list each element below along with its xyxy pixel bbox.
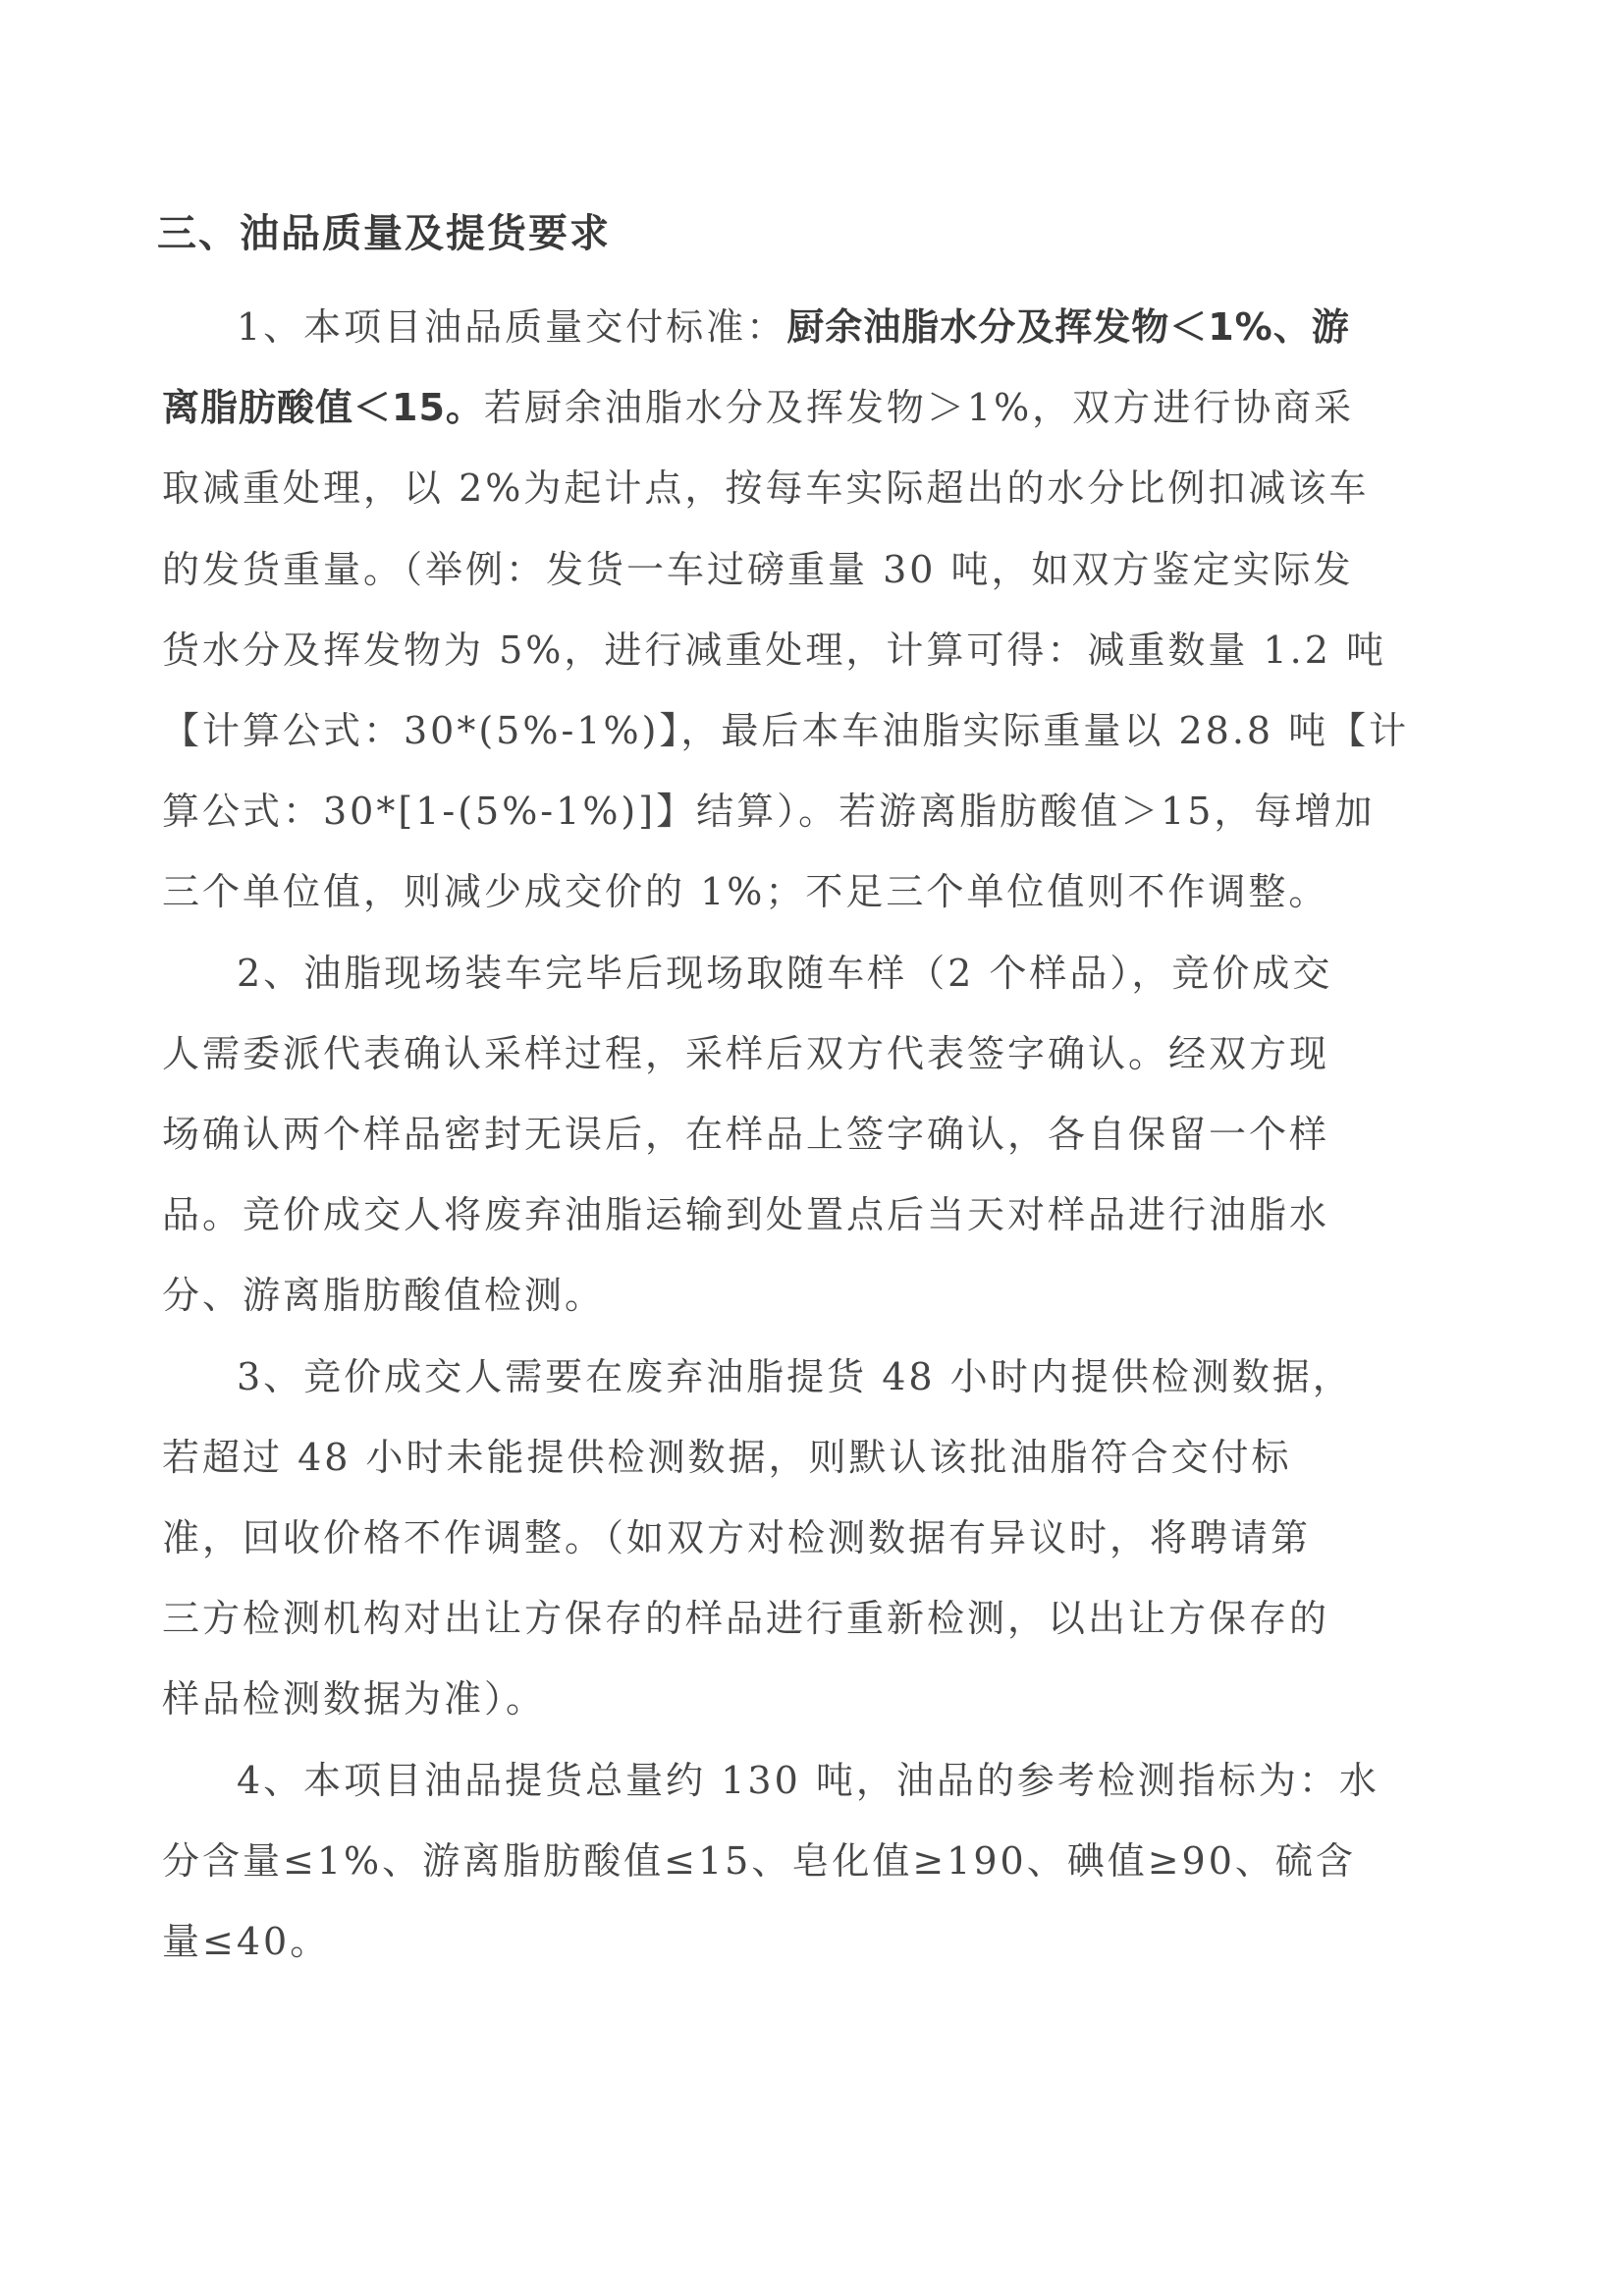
text-line: 三方检测机构对出让方保存的样品进行重新检测，以出让方保存的: [162, 1578, 1463, 1659]
text-line: 的发货重量。（举例：发货一车过磅重量 30 吨，如双方鉴定实际发: [162, 529, 1463, 610]
text-line: 量≤40。: [162, 1901, 1463, 1982]
paragraph-1: 1、本项目油品质量交付标准：厨余油脂水分及挥发物＜1%、游 离脂肪酸值＜15。若…: [162, 287, 1463, 933]
text-line: 取减重处理，以 2%为起计点，按每车实际超出的水分比例扣减该车: [162, 448, 1463, 528]
document-page: 三、油品质量及提货要求 1、本项目油品质量交付标准：厨余油脂水分及挥发物＜1%、…: [0, 0, 1623, 2296]
text-line: 货水分及挥发物为 5%，进行减重处理，计算可得：减重数量 1.2 吨: [162, 610, 1463, 690]
text-line: 若超过 48 小时未能提供检测数据，则默认该批油脂符合交付标: [162, 1417, 1463, 1498]
document-body: 1、本项目油品质量交付标准：厨余油脂水分及挥发物＜1%、游 离脂肪酸值＜15。若…: [162, 287, 1463, 1982]
bold-standard-text: 离脂肪酸值＜15。: [162, 386, 484, 429]
text-line: 分含量≤1%、游离脂肪酸值≤15、皂化值≥190、碘值≥90、硫含: [162, 1821, 1463, 1901]
text-line: 品。竞价成交人将废弃油脂运输到处置点后当天对样品进行油脂水: [162, 1175, 1463, 1255]
text-run: 1、本项目油品质量交付标准：: [237, 305, 786, 349]
text-run: 若厨余油脂水分及挥发物＞1%，双方进行协商采: [484, 386, 1354, 429]
text-line: 1、本项目油品质量交付标准：厨余油脂水分及挥发物＜1%、游: [162, 287, 1463, 367]
text-line: 算公式：30*[1-(5%-1%)]】结算）。若游离脂肪酸值＞15，每增加: [162, 771, 1463, 851]
text-line: 2、油脂现场装车完毕后现场取随车样（2 个样品），竞价成交: [162, 933, 1463, 1013]
text-line: 【计算公式：30*(5%-1%)】，最后本车油脂实际重量以 28.8 吨【计: [162, 690, 1463, 771]
paragraph-2: 2、油脂现场装车完毕后现场取随车样（2 个样品），竞价成交 人需委派代表确认采样…: [162, 933, 1463, 1337]
text-line: 样品检测数据为准）。: [162, 1659, 1463, 1739]
text-line: 分、游离脂肪酸值检测。: [162, 1255, 1463, 1336]
paragraph-3: 3、竞价成交人需要在废弃油脂提货 48 小时内提供检测数据， 若超过 48 小时…: [162, 1337, 1463, 1740]
section-heading: 三、油品质量及提货要求: [157, 208, 611, 259]
bold-standard-text: 厨余油脂水分及挥发物＜1%、游: [786, 305, 1350, 349]
text-line: 准，回收价格不作调整。（如双方对检测数据有异议时，将聘请第: [162, 1498, 1463, 1578]
text-line: 人需委派代表确认采样过程，采样后双方代表签字确认。经双方现: [162, 1013, 1463, 1094]
text-line: 离脂肪酸值＜15。若厨余油脂水分及挥发物＞1%，双方进行协商采: [162, 367, 1463, 448]
paragraph-4: 4、本项目油品提货总量约 130 吨，油品的参考检测指标为：水 分含量≤1%、游…: [162, 1740, 1463, 1983]
text-line: 场确认两个样品密封无误后，在样品上签字确认，各自保留一个样: [162, 1094, 1463, 1175]
text-line: 3、竞价成交人需要在废弃油脂提货 48 小时内提供检测数据，: [162, 1337, 1463, 1417]
text-line: 4、本项目油品提货总量约 130 吨，油品的参考检测指标为：水: [162, 1740, 1463, 1821]
text-line: 三个单位值，则减少成交价的 1%；不足三个单位值则不作调整。: [162, 851, 1463, 932]
